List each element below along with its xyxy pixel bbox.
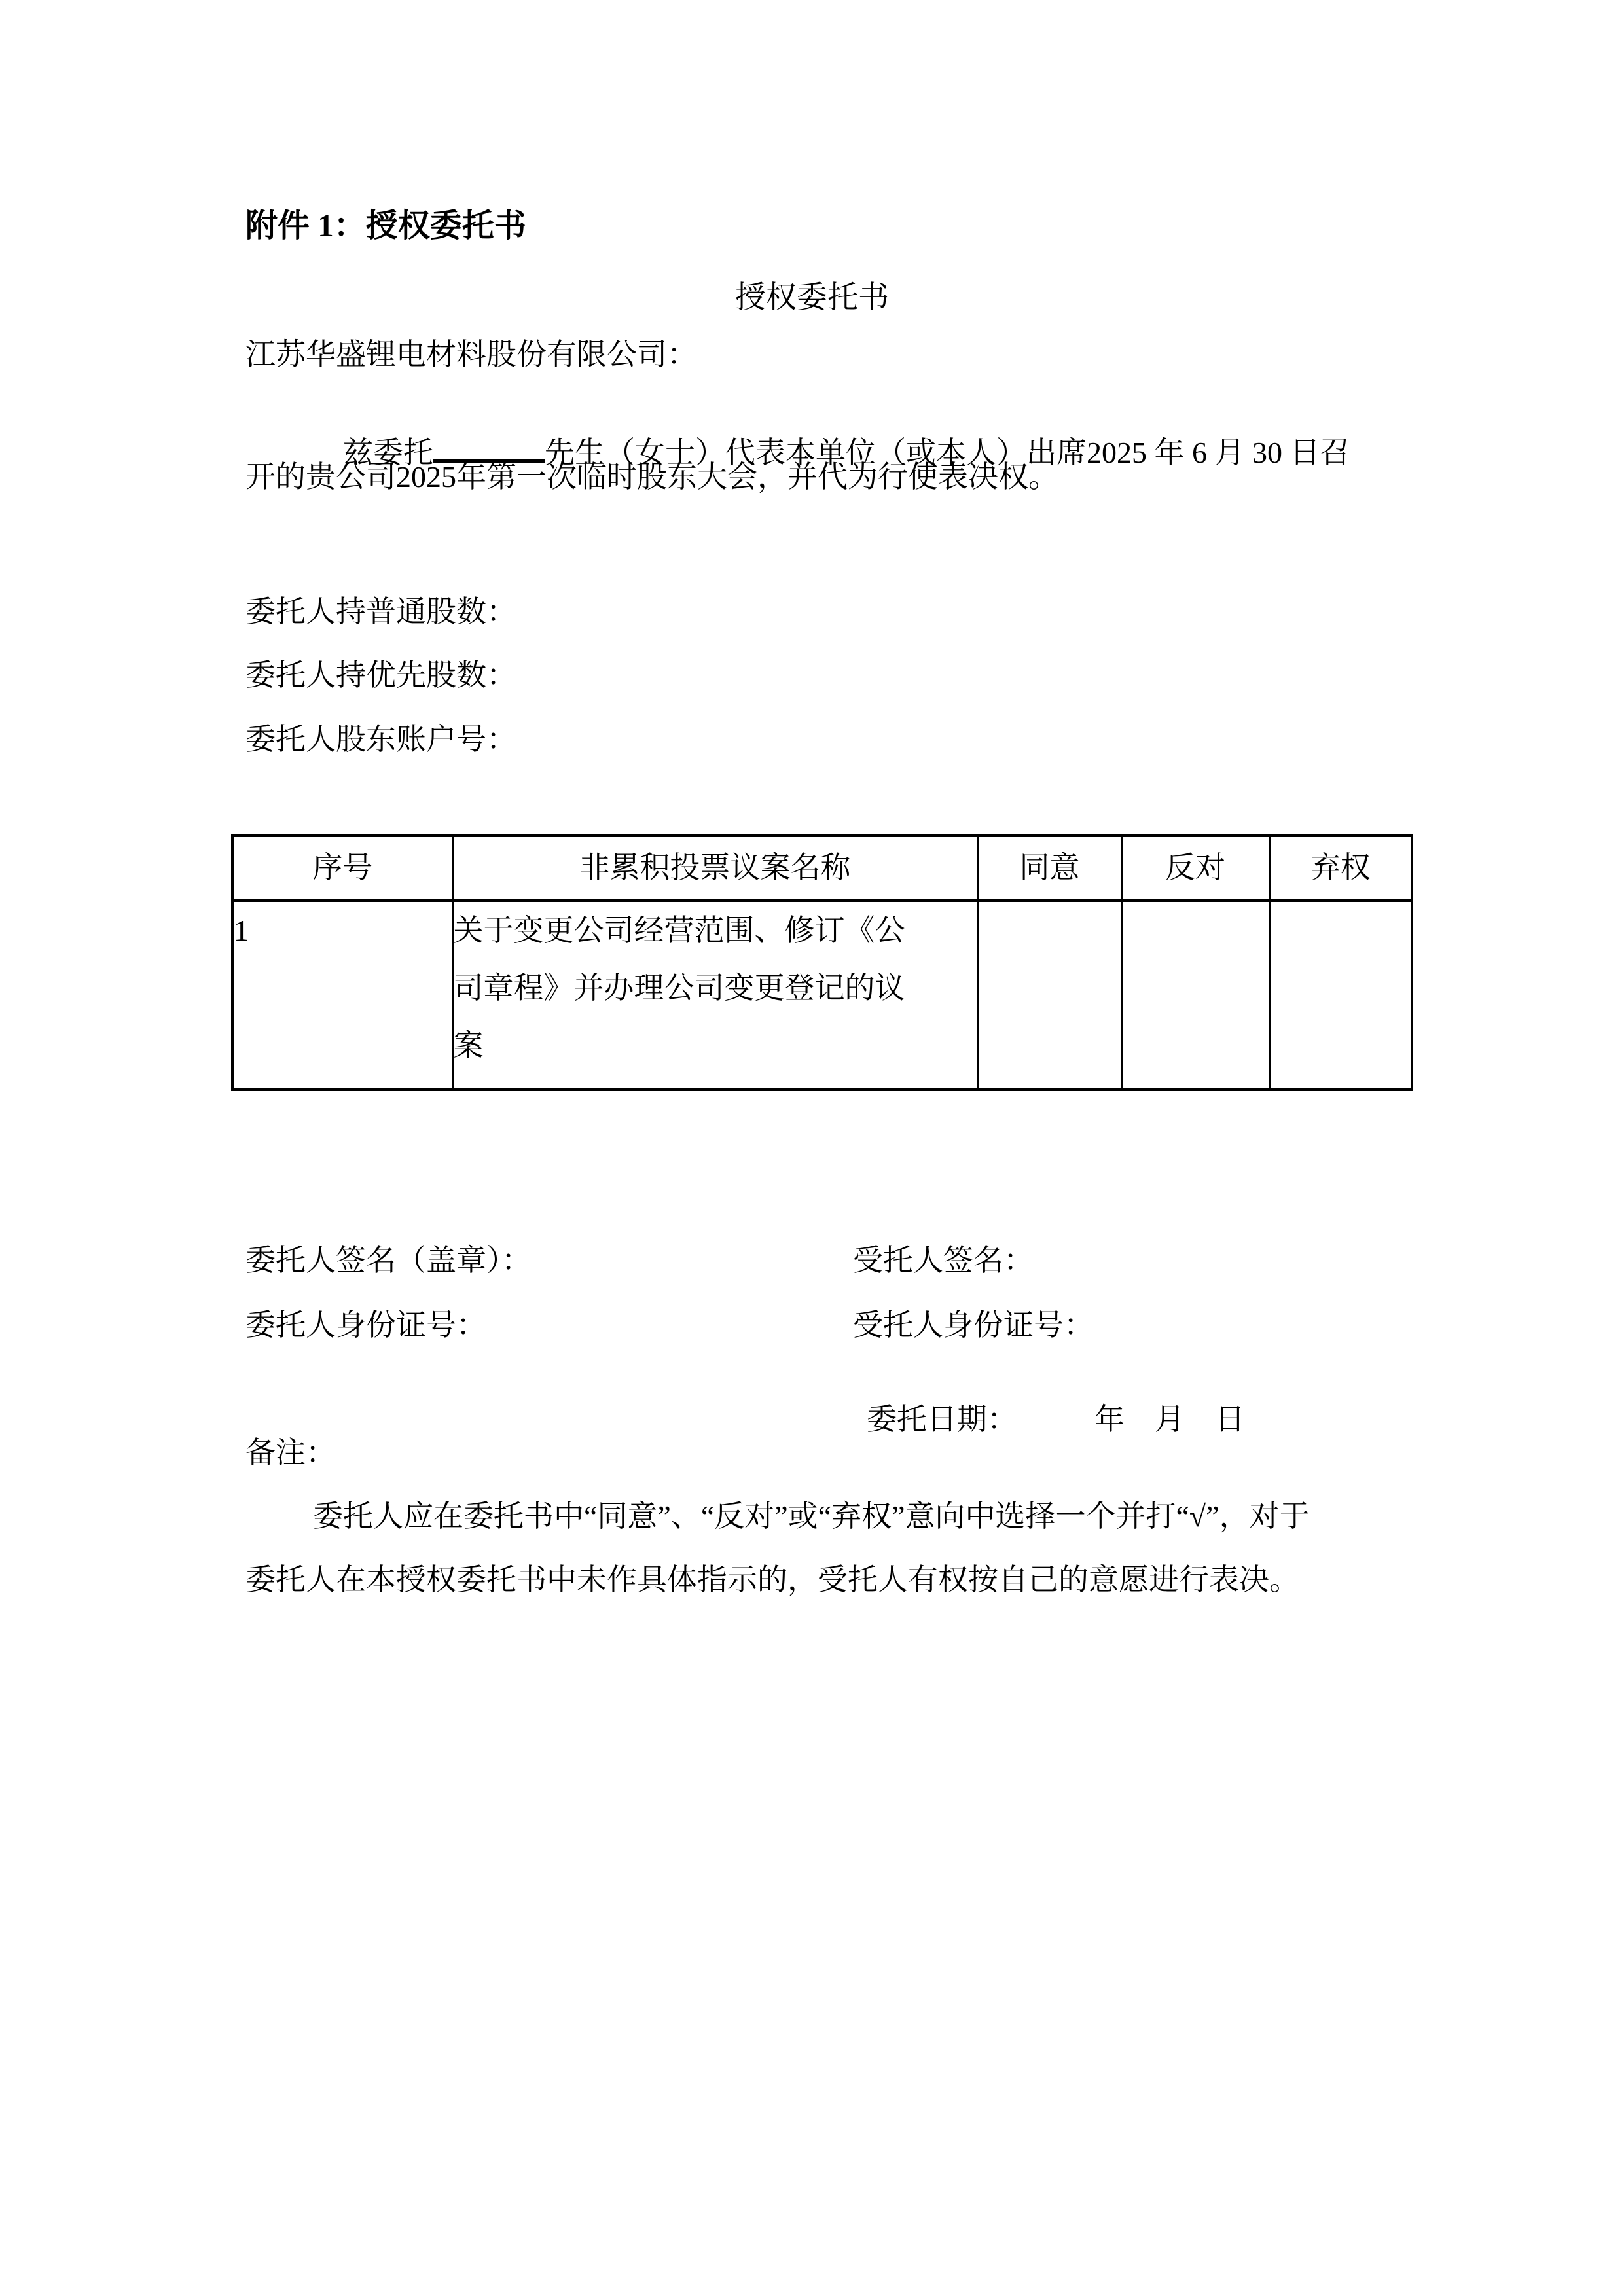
voting-table-row: 1 关于变更公司经营范围、修订《公 司章程》并办理公司变更登记的议 案 xyxy=(232,901,1412,1090)
document-page: 附件 1：授权委托书 授权委托书 江苏华盛锂电材料股份有限公司： 兹委托先生（女… xyxy=(0,0,1624,2296)
proposal-name-line: 案 xyxy=(454,1017,977,1075)
preferred-shares-label: 委托人持优先股数： xyxy=(245,660,516,691)
proxy-name-blank xyxy=(433,431,545,463)
delegation-paragraph-line2: 开的贵公司2025年第一次临时股东大会，并代为行使表决权。 xyxy=(245,462,1058,492)
delegation-date-row: 委托日期：年 月 日 xyxy=(837,1374,1245,1465)
cell-serial: 1 xyxy=(232,901,452,1090)
attachment-heading: 附件 1：授权委托书 xyxy=(245,209,526,242)
principal-signature-label: 委托人签名（盖章）： xyxy=(245,1246,532,1276)
date-label: 委托日期： xyxy=(867,1403,1017,1436)
notes-label: 备注： xyxy=(245,1438,336,1468)
proposal-name-line: 关于变更公司经营范围、修订《公 xyxy=(454,902,977,960)
cell-agree-blank xyxy=(978,901,1121,1090)
company-salutation: 江苏华盛锂电材料股份有限公司： xyxy=(245,340,697,370)
cell-against-blank xyxy=(1121,901,1269,1090)
proposal-name-line: 司章程》并办理公司变更登记的议 xyxy=(454,960,977,1017)
date-fields: 年 月 日 xyxy=(1094,1403,1245,1436)
header-agree: 同意 xyxy=(978,836,1121,901)
note-paragraph-line2: 委托人在本授权委托书中未作具体指示的，受托人有权按自己的意愿进行表决。 xyxy=(245,1565,1299,1595)
cell-proposal-name: 关于变更公司经营范围、修订《公 司章程》并办理公司变更登记的议 案 xyxy=(452,901,978,1090)
shareholder-account-label: 委托人股东账户号： xyxy=(245,725,516,755)
header-against: 反对 xyxy=(1121,836,1269,901)
header-serial: 序号 xyxy=(232,836,452,901)
note-paragraph-line1: 委托人应在委托书中“同意”、“反对”或“弃权”意向中选择一个并打“√”，对于 xyxy=(313,1501,1310,1532)
ordinary-shares-label: 委托人持普通股数： xyxy=(245,597,516,627)
cell-abstain-blank xyxy=(1269,901,1412,1090)
header-proposal-name: 非累积投票议案名称 xyxy=(452,836,978,901)
header-abstain: 弃权 xyxy=(1269,836,1412,901)
voting-table-header-row: 序号 非累积投票议案名称 同意 反对 弃权 xyxy=(232,836,1412,901)
agent-id-label: 受托人身份证号： xyxy=(853,1310,1094,1340)
principal-id-label: 委托人身份证号： xyxy=(245,1310,486,1340)
voting-table: 序号 非累积投票议案名称 同意 反对 弃权 1 关于变更公司经营范围、修订《公 … xyxy=(231,834,1413,1091)
document-title: 授权委托书 xyxy=(0,283,1624,314)
agent-signature-label: 受托人签名： xyxy=(853,1246,1034,1276)
